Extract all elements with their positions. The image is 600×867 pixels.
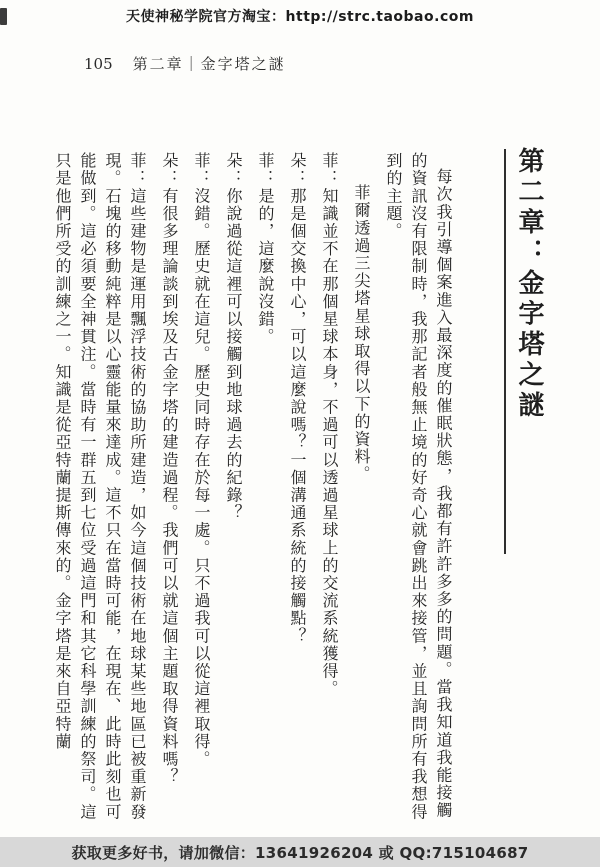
body-paragraph: 菲：知識並不在那個星球本身，不過可以透過星球上的交流系統獲得。 xyxy=(317,152,342,824)
running-head-chapter: 第二章｜金字塔之謎 xyxy=(133,53,286,74)
chapter-title: 第二章：金字塔之謎 xyxy=(511,147,548,707)
body-paragraph: 菲爾透過三尖塔星球取得以下的資料。 xyxy=(349,152,374,824)
body-paragraph: 朵：你說過從這裡可以接觸到地球過去的紀錄？ xyxy=(221,152,246,824)
top-promo-banner: 天使神秘学院官方淘宝：http://strc.taobao.com xyxy=(0,6,600,26)
page-number: 105 xyxy=(84,55,113,73)
bottom-promo-band: 获取更多好书，请加微信：13641926204 或 QQ:715104687 xyxy=(0,837,600,867)
bottom-promo-text: 获取更多好书，请加微信：13641926204 或 QQ:715104687 xyxy=(71,842,528,863)
body-paragraph: 菲：沒錯。歷史就在這兒。歷史同時存在於每一處。只不過我可以從這裡取得。 xyxy=(189,152,214,824)
body-text: 每次我引導個案進入最深度的催眠狀態，我都有許許多多的問題。當我知道我能接觸的資訊… xyxy=(50,152,456,824)
scan-smudge-top xyxy=(0,8,7,25)
body-paragraph: 朵：那是個交換中心，可以這麼說嗎？一個溝通系統的接觸點？ xyxy=(285,152,310,824)
running-head: 105 第二章｜金字塔之謎 xyxy=(84,53,286,74)
body-paragraph: 菲：是的，這麼說沒錯。 xyxy=(253,152,278,824)
chapter-title-rule xyxy=(504,149,506,554)
body-paragraph: 朵：有很多理論談到埃及古金字塔的建造過程。我們可以就這個主題取得資料嗎？ xyxy=(157,152,182,824)
body-paragraph: 每次我引導個案進入最深度的催眠狀態，我都有許許多多的問題。當我知道我能接觸的資訊… xyxy=(381,152,456,824)
body-paragraph: 菲：這些建物是運用飄浮技術的協助所建造，如今這個技術在地球某些地區已被重新發現。… xyxy=(50,152,150,824)
scanned-book-page: 天使神秘学院官方淘宝：http://strc.taobao.com 105 第二… xyxy=(0,0,600,867)
